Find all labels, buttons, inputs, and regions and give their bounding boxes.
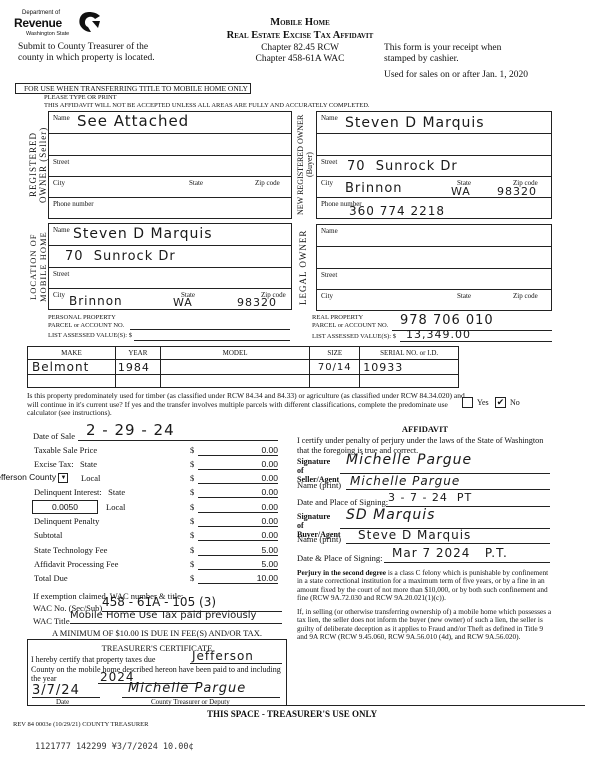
transfer-only-text: FOR USE WHEN TRANSFERRING TITLE TO MOBIL… <box>24 84 248 93</box>
fee-taxable-sale-price: Taxable Sale Price $ 0.00 <box>34 445 284 459</box>
dollar-sign: $ <box>190 516 194 526</box>
make-cell[interactable] <box>28 375 116 388</box>
serial-cell[interactable] <box>360 375 459 388</box>
dollar-sign: $ <box>190 487 194 497</box>
buyer-section-label: NEW REGISTERED OWNER (Buyer) <box>296 112 318 217</box>
fee-label: Affidavit Processing Fee <box>34 559 118 569</box>
wac-title-label: WAC Title <box>33 616 70 626</box>
dollar-sign: $ <box>190 459 194 469</box>
fee-label: Taxable Sale Price <box>34 445 97 455</box>
fee-excise-local: Local $ 0.00 <box>34 473 284 487</box>
completion-warning: THIS AFFIDAVIT WILL NOT BE ACCEPTED UNLE… <box>44 102 370 109</box>
dollar-sign: $ <box>190 545 194 555</box>
location-city-row[interactable]: City Brinnon State WA Zip code 98320 <box>49 289 291 310</box>
real-property-label: REAL PROPERTY <box>312 314 388 322</box>
real-parcel-value[interactable]: 978 706 010 <box>400 313 494 328</box>
location-street-row[interactable]: Street <box>49 268 291 289</box>
fee-value[interactable]: 0.00 <box>198 473 278 484</box>
transfer-only-banner: FOR USE WHEN TRANSFERRING TITLE TO MOBIL… <box>15 83 251 94</box>
fee-affidavit-processing: Affidavit Processing Fee $ 5.00 <box>34 559 284 573</box>
buyer-signature-value[interactable]: SD Marquis <box>346 507 435 523</box>
city-label: City <box>321 179 333 187</box>
fee-value[interactable]: 0.00 <box>198 530 278 541</box>
legal-street-row[interactable]: Street <box>317 269 551 290</box>
treasurer-certificate-box: TREASURER'S CERTIFICATE I hereby certify… <box>27 639 287 706</box>
seller-date-label: Date and Place of Signing: <box>297 497 388 507</box>
location-state-value[interactable]: WA <box>173 296 193 309</box>
col-size: SIZE <box>310 347 360 360</box>
treasurer-date-label: Date <box>56 698 69 706</box>
buyer-city-value[interactable]: Brinnon <box>345 181 403 196</box>
seller-name2-row[interactable] <box>49 134 291 156</box>
street-label: Street <box>53 270 69 278</box>
logo-revenue: Revenue <box>14 16 62 30</box>
buyer-state-value[interactable]: WA <box>451 185 471 198</box>
chapter-rcw: Chapter 82.45 RCW <box>200 43 400 54</box>
treasurer-county-field[interactable]: Jefferson <box>190 652 282 664</box>
zip-label: Zip code <box>255 179 280 187</box>
fee-total-due: Total Due $ 10.00 <box>34 573 284 587</box>
seller-box: Name See Attached Street City State Zip … <box>48 111 292 219</box>
state-label: State <box>189 179 203 187</box>
yes-checkbox[interactable] <box>462 397 473 408</box>
buyer-name-field[interactable]: Steve D Marquis <box>346 531 550 544</box>
legal-name2-row[interactable] <box>317 247 551 269</box>
size-cell[interactable] <box>310 375 360 388</box>
location-box: Name Steven D Marquis 70 Sunrock Dr Stre… <box>48 223 292 310</box>
chapters: Chapter 82.45 RCW Chapter 458-61A WAC <box>200 43 400 65</box>
fee-label: Delinquent Penalty <box>34 516 99 526</box>
location-zip-value[interactable]: 98320 <box>237 296 277 309</box>
make-cell[interactable]: Belmont <box>28 360 116 375</box>
size-cell[interactable]: 70/14 <box>310 360 360 375</box>
treasurer-county-value[interactable]: Jefferson <box>192 649 254 663</box>
fee-value[interactable]: 0.00 <box>198 516 278 527</box>
location-name2-row[interactable]: 70 Sunrock Dr <box>49 246 291 268</box>
fee-value[interactable]: 0.00 <box>198 459 278 470</box>
seller-phone-row[interactable]: Phone number <box>49 198 291 219</box>
dor-logo: Department of Revenue Washington State <box>14 10 74 42</box>
city-label: City <box>53 179 65 187</box>
buyer-name-label: Name (print) <box>297 534 341 544</box>
seller-date-field[interactable]: 3 - 7 - 24 PT <box>386 494 550 507</box>
buyer-name-row[interactable]: Name Steven D Marquis <box>317 112 551 134</box>
fee-label: Excise Tax: State <box>34 459 97 469</box>
page-title: Mobile Home Real Estate Excise Tax Affid… <box>175 16 425 42</box>
name-label: Name <box>53 114 70 122</box>
name-label: Name <box>53 226 70 234</box>
no-checkbox[interactable]: ✔ <box>495 397 506 408</box>
wac-title-field[interactable]: Mobile Home Use Tax paid previously <box>70 610 282 624</box>
timber-question: Is this property predominately used for … <box>27 392 467 418</box>
fee-label: Local <box>81 473 100 483</box>
fee-subtotal: Subtotal $ 0.00 <box>34 530 284 544</box>
seller-name-print-value[interactable]: Michelle Pargue <box>350 474 460 488</box>
location-city-value[interactable]: Brinnon <box>69 294 123 308</box>
col-year: YEAR <box>115 347 160 360</box>
fee-state-technology: State Technology Fee $ 5.00 <box>34 545 284 559</box>
seller-name-field[interactable]: Michelle Pargue <box>346 477 550 490</box>
fee-value[interactable]: 5.00 <box>198 545 278 556</box>
submit-line-2: county in which property is located. <box>18 53 155 64</box>
legal-city-row[interactable]: City State Zip code <box>317 290 551 311</box>
real-assessed-label: LIST ASSESSED VALUE(S): $ <box>312 333 396 340</box>
submit-line-1: Submit to County Treasurer of the <box>18 42 155 53</box>
seller-signature-field[interactable]: Michelle Pargue <box>340 458 550 474</box>
street-label: Street <box>321 271 337 279</box>
fee-delinquent-penalty: Delinquent Penalty $ 0.00 <box>34 516 284 530</box>
chapter-wac: Chapter 458-61A WAC <box>200 54 400 65</box>
buyer-date-value[interactable]: Mar 7 2024 P.T. <box>392 546 508 560</box>
fee-label: Total Due <box>34 573 68 583</box>
submit-instruction: Submit to County Treasurer of the county… <box>18 42 155 64</box>
location-name2-value[interactable]: 70 Sunrock Dr <box>65 249 176 264</box>
buyer-date-label: Date & Place of Signing: <box>297 553 382 563</box>
seller-date-value[interactable]: 3 - 7 - 24 PT <box>388 491 472 504</box>
personal-assessed-field[interactable] <box>134 331 290 341</box>
name-label: Name <box>321 114 338 122</box>
dollar-sign: $ <box>190 445 194 455</box>
parcel-no-label: PARCEL or ACCOUNT NO. <box>48 322 124 330</box>
receipt-line-1: This form is your receipt when <box>384 43 528 54</box>
legal-owner-box: Name Street City State Zip code <box>316 224 552 311</box>
buyer-zip-value[interactable]: 98320 <box>497 185 537 198</box>
city-label: City <box>53 291 65 299</box>
treasurer-signature-field[interactable]: Michelle Pargue <box>122 685 280 698</box>
year-cell[interactable]: 1984 <box>115 360 160 375</box>
buyer-name-print-value[interactable]: Steve D Marquis <box>358 528 471 542</box>
col-model: MODEL <box>160 347 309 360</box>
buyer-name2-row[interactable] <box>317 134 551 156</box>
city-label: City <box>321 292 333 300</box>
fee-value[interactable]: 0.00 <box>198 502 278 513</box>
yes-label: Yes <box>477 398 489 407</box>
fee-delinquent-local: Local $ 0.00 <box>34 502 284 516</box>
name-label: Name <box>321 227 338 235</box>
mobile-home-table: MAKE YEAR MODEL SIZE SERIAL NO. or I.D. … <box>27 346 459 388</box>
receipt-stamp: 1121777 142299 ¥3/7/2024 10.00¢ <box>35 742 194 752</box>
serial-cell[interactable]: 10933 <box>360 360 459 375</box>
parcel-no-label: PARCEL or ACCOUNT NO. <box>312 322 388 330</box>
checkmark-icon: ✔ <box>497 397 505 407</box>
buyer-date-field[interactable]: Mar 7 2024 P.T. <box>384 549 550 563</box>
fee-label: Subtotal <box>34 530 62 540</box>
location-name-row[interactable]: Name Steven D Marquis <box>49 224 291 246</box>
street-label: Street <box>53 158 69 166</box>
dollar-sign: $ <box>190 502 194 512</box>
treasurer-date-field[interactable]: 3/7/24 <box>32 685 100 698</box>
seller-city-row[interactable]: City State Zip code <box>49 177 291 198</box>
title-line-2: Real Estate Excise Tax Affidavit <box>175 29 425 42</box>
date-of-sale-label: Date of Sale <box>33 431 75 441</box>
personal-parcel-field[interactable] <box>130 320 290 330</box>
buyer-street-row[interactable]: Street 70 Sunrock Dr <box>317 156 551 177</box>
real-parcel-label: REAL PROPERTY PARCEL or ACCOUNT NO. <box>312 314 388 330</box>
fee-delinquent-state: Delinquent Interest: State $ 0.00 <box>34 487 284 501</box>
buyer-name-value[interactable]: Steven D Marquis <box>345 115 485 131</box>
type-print-notice: PLEASE TYPE OR PRINT <box>44 94 117 101</box>
treasurer-certify-prefix: I hereby certify that property taxes due <box>31 655 155 664</box>
dollar-sign: $ <box>190 530 194 540</box>
table-row: Belmont 1984 70/14 10933 <box>28 360 459 375</box>
treasurer-date-value[interactable]: 3/7/24 <box>32 683 80 698</box>
buyer-phone-row[interactable]: Phone number 360 774 2218 <box>317 198 551 219</box>
legal-owner-section-label: LEGAL OWNER <box>298 224 316 310</box>
buyer-signature-field[interactable]: SD Marquis <box>340 513 550 529</box>
treasurer-use-only: THIS SPACE - TREASURER'S USE ONLY <box>207 709 377 719</box>
receipt-note: This form is your receipt when stamped b… <box>384 43 528 81</box>
dollar-sign: $ <box>190 559 194 569</box>
affidavit-title: AFFIDAVIT <box>300 424 550 434</box>
title-line-1: Mobile Home <box>175 16 425 29</box>
personal-property-label: PERSONAL PROPERTY <box>48 314 124 322</box>
table-header-row: MAKE YEAR MODEL SIZE SERIAL NO. or I.D. <box>28 347 459 360</box>
used-for-date: Used for sales on or after Jan. 1, 2020 <box>384 70 528 81</box>
fee-label: Delinquent Interest: State <box>34 487 125 497</box>
dollar-sign: $ <box>190 473 194 483</box>
real-assessed-field[interactable]: 13,349.00 <box>400 332 552 342</box>
buyer-box: Name Steven D Marquis Street 70 Sunrock … <box>316 111 552 219</box>
fee-value[interactable]: 0.00 <box>198 445 278 456</box>
buyer-phone-value[interactable]: 360 774 2218 <box>349 204 445 218</box>
minimum-due-notice: A MINIMUM OF $10.00 IS DUE IN FEE(S) AND… <box>52 628 262 638</box>
buyer-street-value[interactable]: 70 Sunrock Dr <box>347 159 458 174</box>
fee-value[interactable]: 5.00 <box>198 559 278 570</box>
seller-signature-value[interactable]: Michelle Pargue <box>346 452 472 468</box>
seller-section-label: REGISTERED OWNER (Seller) <box>28 112 50 217</box>
fee-value[interactable]: 0.00 <box>198 487 278 498</box>
col-make: MAKE <box>28 347 116 360</box>
dollar-sign: $ <box>190 573 194 583</box>
form-number: REV 84 0003e (10/29/21) COUNTY TREASURER <box>13 721 148 728</box>
tax-lien-notice: If, in selling (or otherwise transferrin… <box>297 608 555 641</box>
street-label: Street <box>321 158 337 166</box>
seller-name-value[interactable]: See Attached <box>77 112 189 130</box>
col-serial: SERIAL NO. or I.D. <box>360 347 459 360</box>
legal-name-row[interactable]: Name <box>317 225 551 247</box>
fee-label: State Technology Fee <box>34 545 107 555</box>
zip-label: Zip code <box>513 292 538 300</box>
dor-swoosh-icon <box>76 10 102 34</box>
real-assessed-value[interactable]: 13,349.00 <box>406 328 471 341</box>
buyer-city-row[interactable]: City Brinnon State WA Zip code 98320 <box>317 177 551 198</box>
fee-label: Local <box>106 502 125 512</box>
location-section-label: LOCATION OF MOBILE HOME <box>28 224 50 310</box>
year-cell[interactable] <box>115 375 160 388</box>
personal-parcel-label: PERSONAL PROPERTY PARCEL or ACCOUNT NO. <box>48 314 124 330</box>
treasurer-divider <box>287 705 585 706</box>
seller-name-row[interactable]: Name See Attached <box>49 112 291 134</box>
wac-title-value[interactable]: Mobile Home Use Tax paid previously <box>70 610 256 621</box>
phone-label: Phone number <box>53 200 94 208</box>
receipt-line-2: stamped by cashier. <box>384 54 528 65</box>
model-cell[interactable] <box>160 375 309 388</box>
fee-excise-state: Excise Tax: State $ 0.00 <box>34 459 284 473</box>
logo-state: Washington State <box>26 31 69 37</box>
wac-no-value[interactable]: 458 - 61A - 105 (3) <box>102 595 216 609</box>
date-of-sale-value[interactable]: 2 - 29 - 24 <box>86 421 175 439</box>
location-name-value[interactable]: Steven D Marquis <box>73 226 213 242</box>
no-label: No <box>510 398 520 407</box>
seller-street-row[interactable]: Street <box>49 156 291 177</box>
personal-assessed-label: LIST ASSESSED VALUE(S): $ <box>48 332 132 339</box>
seller-name-label: Name (print) <box>297 480 341 490</box>
table-row <box>28 375 459 388</box>
state-label: State <box>457 292 471 300</box>
perjury-notice: Perjury in the second degree is a class … <box>297 569 555 602</box>
treasurer-signature-value[interactable]: Michelle Pargue <box>128 681 246 696</box>
treasurer-sig-label: County Treasurer or Deputy <box>151 698 230 706</box>
model-cell[interactable] <box>160 360 309 375</box>
fee-value[interactable]: 10.00 <box>198 573 278 584</box>
date-of-sale-field[interactable]: 2 - 29 - 24 <box>78 425 278 441</box>
